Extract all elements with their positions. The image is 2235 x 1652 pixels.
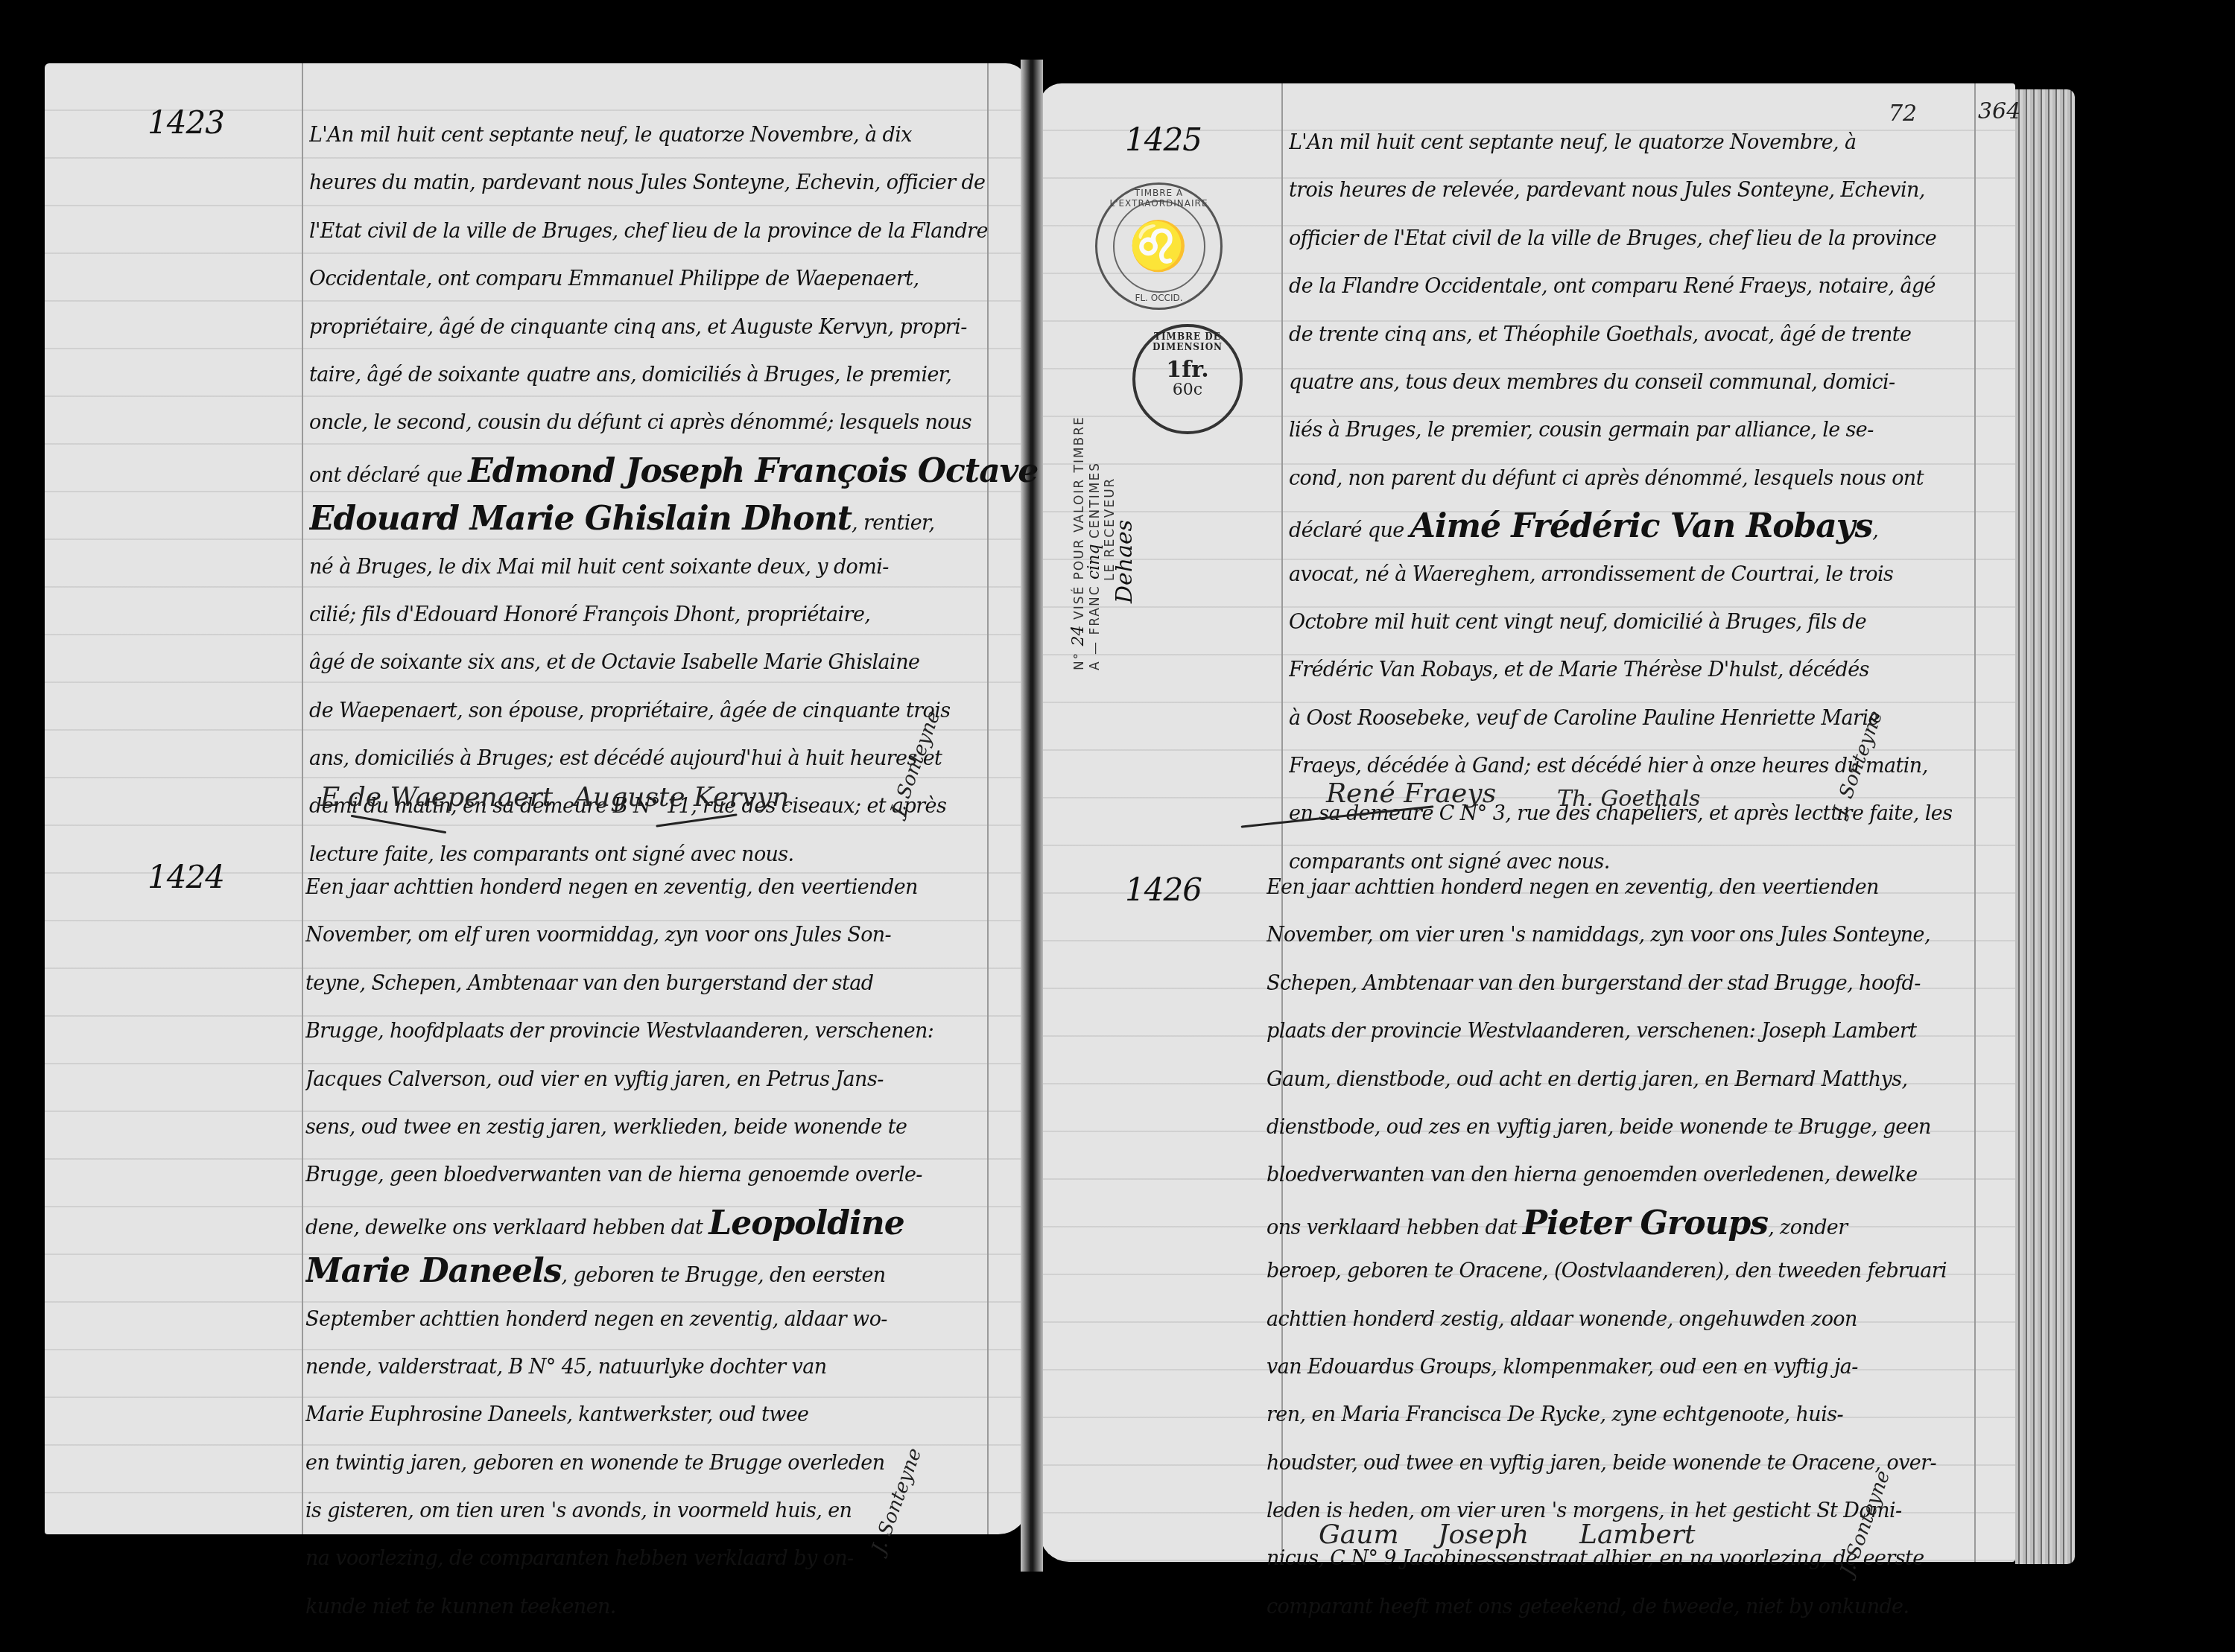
- text-line: houdster, oud twee en vyftig jaren, beid…: [1266, 1440, 1947, 1487]
- text-fragment: ons verklaard hebben dat: [1266, 1216, 1517, 1239]
- text-line: cond, non parent du défunt ci après déno…: [1289, 455, 1952, 503]
- signature: René Fraeys: [1326, 778, 1496, 809]
- stamp-ring-text: FL. OCCID.: [1097, 293, 1220, 303]
- text-line: de trente cinq ans, et Théophile Goethal…: [1289, 311, 1952, 359]
- stamp-ring-text: TIMBRE À L'EXTRAORDINAIRE: [1097, 188, 1220, 209]
- receiver-signature: Dehaes: [1112, 520, 1138, 603]
- text-line: teyne, Schepen, Ambtenaar van den burger…: [305, 960, 933, 1008]
- text-line: heures du matin, pardevant nous Jules So…: [309, 159, 1038, 207]
- text-line: kunde niet te kunnen teekenen.: [305, 1583, 933, 1631]
- stamp-ring-text: TIMBRE DE DIMENSION: [1135, 331, 1240, 352]
- text-line: Octobre mil huit cent vingt neuf, domici…: [1289, 599, 1952, 646]
- text-line: l'Etat civil de la ville de Bruges, chef…: [309, 208, 1038, 255]
- text-line: Brugge, geen bloedverwanten van de hiern…: [305, 1151, 933, 1199]
- signature: E de Waepenaert: [320, 782, 553, 813]
- text-line: officier de l'Etat civil de la ville de …: [1289, 215, 1952, 263]
- entry-number: 1424: [148, 859, 224, 895]
- text-line: L'An mil huit cent septante neuf, le qua…: [309, 112, 1038, 159]
- text-fragment: , geboren te Brugge, den eersten: [562, 1264, 886, 1287]
- text-line: trois heures de relevée, pardevant nous …: [1289, 167, 1952, 215]
- text-line: Schepen, Ambtenaar van den burgerstand d…: [1266, 960, 1947, 1008]
- signature: Gaum: [1319, 1519, 1399, 1550]
- signature: Th. Goethals: [1557, 786, 1700, 812]
- text-fragment: , rentier,: [852, 512, 934, 535]
- text-line: dienstbode, oud zes en vyftig jaren, bei…: [1266, 1104, 1947, 1151]
- text-line: propriétaire, âgé de cinquante cinq ans,…: [309, 304, 1038, 352]
- signature: Auguste Kervyn: [574, 782, 789, 813]
- text-line: Gaum, dienstbode, oud acht en dertig jar…: [1266, 1056, 1947, 1104]
- text-line: November, om elf uren voormiddag, zyn vo…: [305, 912, 933, 959]
- text-line: en twintig jaren, geboren en wonende te …: [305, 1440, 933, 1487]
- text-fragment: ,: [1872, 519, 1878, 542]
- entry-number: 1423: [148, 104, 224, 141]
- text-line: beroep, geboren te Oracene, (Oostvlaande…: [1266, 1248, 1947, 1295]
- deceased-name: Leopoldine: [708, 1204, 904, 1242]
- text-line: oncle, le second, cousin du défunt ci ap…: [309, 399, 1038, 447]
- deceased-name: Aimé Frédéric Van Robays: [1410, 507, 1873, 545]
- text-line: Brugge, hoofdplaats der provincie Westvl…: [305, 1008, 933, 1055]
- stamp-text: CENTIMES: [1088, 462, 1103, 539]
- text-line: achttien honderd zestig, aldaar wonende,…: [1266, 1296, 1947, 1344]
- text-fragment: déclaré que: [1289, 519, 1404, 542]
- text-line: plaats der provincie Westvlaanderen, ver…: [1266, 1008, 1947, 1055]
- text-fragment: , zonder: [1768, 1216, 1847, 1239]
- entry-text-1426: Een jaar achttien honderd negen en zeven…: [1266, 864, 1947, 1631]
- text-line: à Oost Roosebeke, veuf de Caroline Pauli…: [1289, 695, 1952, 743]
- margin-rule: [1974, 83, 1976, 1562]
- stamp-text: N°: [1072, 652, 1087, 670]
- text-line: taire, âgé de soixante quatre ans, domic…: [309, 352, 1038, 399]
- entry-number: 1425: [1125, 121, 1202, 158]
- text-line: Occidentale, ont comparu Emmanuel Philip…: [309, 255, 1038, 303]
- text-line: né à Bruges, le dix Mai mil huit cent so…: [309, 544, 1038, 591]
- text-line: Jacques Calverson, oud vier en vyftig ja…: [305, 1056, 933, 1104]
- text-line: na voorlezing, de comparanten hebben ver…: [305, 1535, 933, 1583]
- text-line: sens, oud twee en zestig jaren, werklied…: [305, 1104, 933, 1151]
- stamp-text: VISÉ POUR VALOIR TIMBRE: [1072, 416, 1087, 620]
- text-line: avocat, né à Waereghem, arrondissement d…: [1289, 551, 1952, 599]
- text-line: nende, valderstraat, B N° 45, natuurlyke…: [305, 1344, 933, 1391]
- lion-stamp: TIMBRE À L'EXTRAORDINAIRE ♌ FL. OCCID.: [1095, 182, 1223, 310]
- text-fragment: dene, dewelke ons verklaard hebben dat: [305, 1216, 703, 1239]
- stamp-cents: 60c: [1173, 381, 1202, 399]
- text-line: Marie Euphrosine Daneels, kantwerkster, …: [305, 1391, 933, 1439]
- vise-stamp: N° 24 VISÉ POUR VALOIR TIMBRE A — FRANC …: [1071, 416, 1135, 670]
- lion-emblem-icon: ♌: [1113, 200, 1205, 293]
- stamp-text: A: [1088, 660, 1103, 670]
- text-line: quatre ans, tous deux membres du conseil…: [1289, 359, 1952, 407]
- folio-number: 364: [1978, 98, 2020, 124]
- text-line: November, om vier uren 's namiddags, zyn…: [1266, 912, 1947, 959]
- text-line: ren, en Maria Francisca De Rycke, zyne e…: [1266, 1391, 1947, 1439]
- stamp-handwritten-amount: cinq: [1085, 544, 1103, 579]
- text-line: Frédéric Van Robays, et de Marie Thérèse…: [1289, 646, 1952, 694]
- text-line: L'An mil huit cent septante neuf, le qua…: [1289, 119, 1952, 167]
- margin-rule: [302, 63, 303, 1534]
- text-line: comparant heeft met ons geteekend, de tw…: [1266, 1583, 1947, 1631]
- page-edges: [2015, 89, 2075, 1564]
- text-line: Een jaar achttien honderd negen en zeven…: [1266, 864, 1947, 912]
- deceased-name: Marie Daneels: [305, 1252, 562, 1290]
- signature: Joseph: [1438, 1519, 1529, 1550]
- text-line: September achttien honderd negen en zeve…: [305, 1296, 933, 1344]
- stamp-value: 1fr.: [1166, 359, 1208, 381]
- deceased-name: Edmond Joseph François Octave: [468, 452, 1038, 490]
- text-line: liés à Bruges, le premier, cousin germai…: [1289, 407, 1952, 454]
- stamp-handwritten-number: 24: [1069, 625, 1088, 646]
- text-fragment: ont déclaré que: [309, 464, 462, 487]
- deceased-name: Pieter Groups: [1523, 1204, 1768, 1242]
- dimension-stamp: TIMBRE DE DIMENSION 1fr. 60c: [1132, 324, 1243, 434]
- text-line: van Edouardus Groups, klompenmaker, oud …: [1266, 1344, 1947, 1391]
- entry-number: 1426: [1125, 871, 1202, 908]
- entry-text-1424: Een jaar achttien honderd negen en zeven…: [305, 864, 933, 1631]
- stamp-text: FRANC: [1088, 585, 1103, 635]
- text-line: âgé de soixante six ans, et de Octavie I…: [309, 639, 1038, 687]
- signature: Lambert: [1579, 1519, 1696, 1550]
- text-line: Een jaar achttien honderd negen en zeven…: [305, 864, 933, 912]
- text-line: is gisteren, om tien uren 's avonds, in …: [305, 1487, 933, 1535]
- entry-text-1423: L'An mil huit cent septante neuf, le qua…: [309, 112, 1038, 879]
- text-line: bloedverwanten van den hierna genoemden …: [1266, 1151, 1947, 1199]
- text-line: cilié; fils d'Edouard Honoré François Dh…: [309, 591, 1038, 639]
- deceased-name: Edouard Marie Ghislain Dhont: [309, 500, 852, 538]
- text-line: de la Flandre Occidentale, ont comparu R…: [1289, 263, 1952, 311]
